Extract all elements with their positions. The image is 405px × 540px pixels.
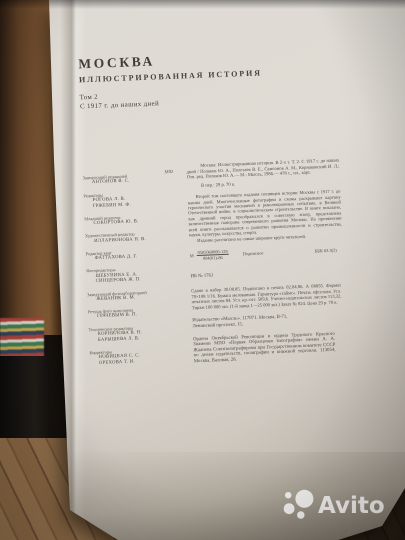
- book: МОСПОБКурПобМосРевПреБоеРосГОДПла«СтСтоП…: [0, 0, 405, 540]
- avito-watermark: Avito: [281, 487, 385, 525]
- photo-scene: МОСПОБКурПобМосРевПреБоеРосГОДПла«СтСтоП…: [0, 0, 405, 540]
- page-vignette: [0, 0, 405, 540]
- avito-logo-icon: [281, 487, 317, 525]
- avito-watermark-text: Avito: [318, 493, 385, 519]
- book-imprint-page: МОСПОБКурПобМосРевПреБоеРосГОДПла«СтСтоП…: [0, 0, 405, 540]
- top-shadow: [0, 0, 405, 9]
